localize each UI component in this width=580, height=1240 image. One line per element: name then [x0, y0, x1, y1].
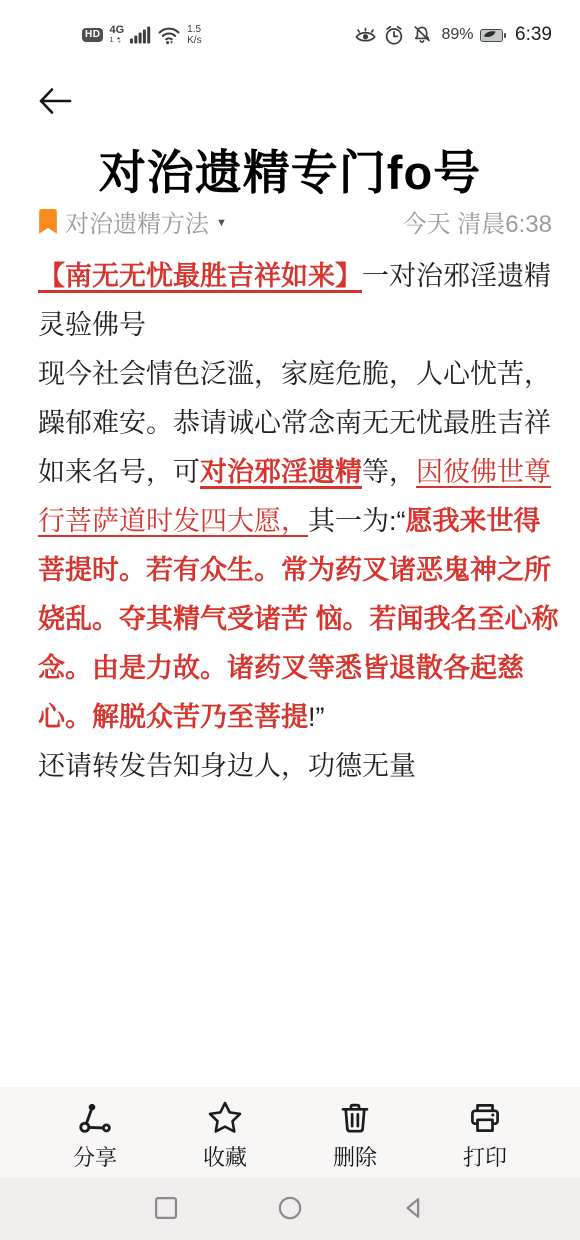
note-line: 心。解脱众苦乃至菩提!” — [38, 693, 562, 742]
home-nav-icon[interactable] — [276, 1194, 304, 1222]
back-button[interactable] — [36, 84, 74, 118]
note-line: 【南无无忧最胜吉祥如来】一对治邪淫遗精 — [38, 252, 562, 301]
network-speed: 1.5 K/s — [187, 24, 201, 46]
text-run: !” — [308, 702, 325, 732]
text-run: 对治邪淫遗精 — [200, 457, 362, 487]
note-line: 灵验佛号 — [38, 301, 562, 350]
note-line: 还请转发告知身边人，功德无量 — [38, 742, 562, 791]
text-run: 心。解脱众苦乃至菩提 — [38, 702, 308, 732]
note-line: 念。由是力故。诸药叉等悉皆退散各起慈 — [38, 644, 562, 693]
note-line: 现今社会情色泛滥，家庭危脆，人心忧苦， — [38, 350, 562, 399]
text-run: 如来名号，可 — [38, 457, 200, 487]
text-run: 愿我来世得 — [406, 506, 541, 536]
signal-bars-icon — [130, 26, 151, 44]
navigation-bar — [0, 1178, 580, 1240]
toolbar: 分享收藏删除打印 — [0, 1087, 580, 1178]
alarm-icon — [383, 24, 405, 46]
meta-row: 对治遗精方法 ▼ 今天 清晨6:38 — [38, 203, 552, 239]
printer-icon — [467, 1100, 503, 1136]
toolbar-label: 删除 — [333, 1141, 377, 1172]
text-run: 躁郁难安。恭请诚心常念南无无忧最胜吉祥 — [38, 408, 551, 438]
note-line: 娆乱。夺其精气受诸苦 恼。若闻我名至心称 — [38, 595, 562, 644]
note-line: 菩提时。若有众生。常为药叉诸恶鬼神之所 — [38, 546, 562, 595]
clock-time: 6:39 — [515, 24, 552, 46]
network-type-indicator: 4G 1 — [109, 25, 124, 45]
text-run: 现今社会情色泛滥，家庭危脆，人心忧苦， — [38, 359, 551, 389]
status-left-group: HD 4G 1 1.5 — [82, 24, 202, 46]
note-line: 如来名号，可对治邪淫遗精等，因彼佛世尊 — [38, 448, 562, 497]
category-selector[interactable]: 对治遗精方法 ▼ — [38, 204, 227, 239]
status-bar: HD 4G 1 1.5 — [0, 0, 580, 55]
share-button[interactable]: 分享 — [30, 1087, 160, 1178]
wifi-icon — [157, 25, 181, 46]
page-title[interactable]: 对治遗精专门fo号 — [0, 136, 580, 203]
back-nav-icon[interactable] — [400, 1194, 428, 1222]
chevron-down-icon: ▼ — [216, 214, 227, 229]
recents-nav-icon[interactable] — [152, 1194, 180, 1222]
toolbar-label: 打印 — [463, 1141, 507, 1172]
battery-icon — [480, 29, 507, 42]
text-run: 还请转发告知身边人，功德无量 — [38, 751, 416, 781]
toolbar-label: 收藏 — [203, 1141, 247, 1172]
network-label: 4G — [109, 25, 124, 35]
favorite-button[interactable]: 收藏 — [160, 1087, 290, 1178]
note-line: 行菩萨道时发四大愿，其一为:“愿我来世得 — [38, 497, 562, 546]
notes-app-screen: HD 4G 1 1.5 — [0, 0, 580, 1240]
share-icon — [77, 1100, 113, 1136]
print-button[interactable]: 打印 — [420, 1087, 550, 1178]
text-run: 其一为:“ — [308, 506, 406, 536]
mute-icon — [411, 24, 433, 46]
bookmark-icon — [38, 208, 58, 235]
note-body[interactable]: 【南无无忧最胜吉祥如来】一对治邪淫遗精灵验佛号现今社会情色泛滥，家庭危脆，人心忧… — [38, 252, 562, 791]
status-right-group: 89% 6:39 — [354, 24, 552, 46]
text-run: 灵验佛号 — [38, 310, 146, 340]
text-run: 因彼佛世尊 — [416, 457, 551, 487]
text-run: 一对治邪淫遗精 — [362, 261, 551, 291]
star-icon — [207, 1100, 243, 1136]
category-label: 对治遗精方法 — [65, 204, 209, 239]
battery-percent: 89% — [441, 26, 473, 44]
toolbar-label: 分享 — [73, 1141, 117, 1172]
hd-voice-icon: HD — [82, 28, 103, 42]
text-run: 行菩萨道时发四大愿， — [38, 506, 308, 536]
delete-button[interactable]: 删除 — [290, 1087, 420, 1178]
text-run: 等， — [362, 457, 416, 487]
text-run: 念。由是力故。诸药叉等悉皆退散各起慈 — [38, 653, 524, 683]
note-line: 躁郁难安。恭请诚心常念南无无忧最胜吉祥 — [38, 399, 562, 448]
text-run: 菩提时。若有众生。常为药叉诸恶鬼神之所 — [38, 555, 551, 585]
trash-icon — [337, 1100, 373, 1136]
note-timestamp: 今天 清晨6:38 — [403, 204, 552, 239]
text-run: 【南无无忧最胜吉祥如来】 — [38, 261, 362, 291]
eye-comfort-icon — [354, 26, 377, 45]
text-run: 娆乱。夺其精气受诸苦 恼。若闻我名至心称 — [38, 604, 559, 634]
sim-data-arrows: 1 — [109, 35, 122, 45]
